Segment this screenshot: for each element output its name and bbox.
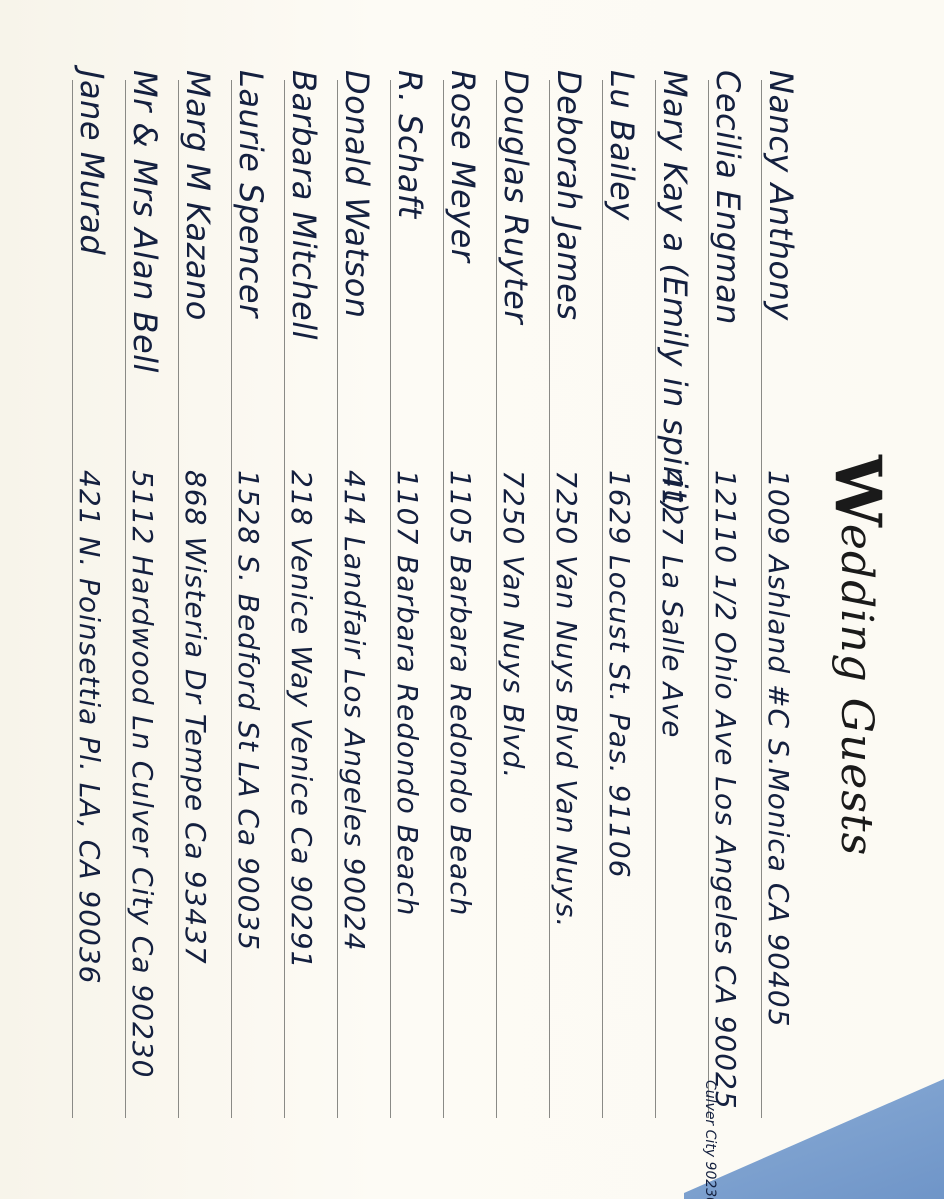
- guest-name: Deborah James: [550, 70, 588, 470]
- title-monogram-initial: W: [820, 455, 895, 528]
- guest-entry: Mr & Mrs Alan Bell 5112 Hardwood Ln Culv…: [126, 70, 174, 1078]
- guest-entry: R. Schaft 1107 Barbara Redondo Beach: [391, 70, 439, 916]
- guest-name: Lu Bailey: [603, 70, 641, 470]
- guest-name: Cecilia Engman: [709, 70, 747, 470]
- guest-address: 5112 Hardwood Ln Culver City Ca 90230: [126, 470, 159, 1078]
- guest-address: 7250 Van Nuys Blvd Van Nuys.: [550, 470, 583, 928]
- guest-entry: Nancy Anthony 1009 Ashland #C S.Monica C…: [762, 70, 810, 1028]
- guest-entry: Mary Kay a (Emily in spirit) 4127 La Sal…: [656, 70, 704, 738]
- guest-name: Mary Kay a (Emily in spirit): [656, 70, 694, 470]
- guest-entry: Laurie Spencer 1528 S. Bedford St LA Ca …: [232, 70, 280, 951]
- guest-entry: Marg M Kazano 868 Wisteria Dr Tempe Ca 9…: [179, 70, 227, 965]
- guest-address: 414 Landfair Los Angeles 90024: [338, 470, 371, 952]
- guest-entry: Cecilia Engman 12110 1/2 Ohio Ave Los An…: [709, 70, 757, 1110]
- guest-address: 1629 Locust St. Pas. 91106: [603, 470, 636, 879]
- guest-address: 7250 Van Nuys Blvd.: [497, 470, 530, 779]
- guest-name: Donald Watson: [338, 70, 376, 470]
- guest-name: Jane Murad: [73, 70, 111, 470]
- guest-name: R. Schaft: [391, 70, 429, 470]
- guest-address-note: Culver City 90230: [702, 1080, 718, 1199]
- guest-name: Marg M Kazano: [179, 70, 217, 470]
- page-title: Wedding Guests: [820, 455, 895, 856]
- guest-address: 1528 S. Bedford St LA Ca 90035: [232, 470, 265, 951]
- guest-entry: Rose Meyer 1105 Barbara Redondo Beach: [444, 70, 492, 916]
- guest-address: 12110 1/2 Ohio Ave Los Angeles CA 90025: [709, 470, 742, 1110]
- guest-name: Rose Meyer: [444, 70, 482, 470]
- guest-address: 218 Venice Way Venice Ca 90291: [285, 470, 318, 969]
- guest-address: 868 Wisteria Dr Tempe Ca 93437: [179, 470, 212, 965]
- guest-name: Douglas Ruyter: [497, 70, 535, 470]
- guest-address: 1107 Barbara Redondo Beach: [391, 470, 424, 916]
- guest-entry: Barbara Mitchell 218 Venice Way Venice C…: [285, 70, 333, 969]
- guest-name: Barbara Mitchell: [285, 70, 323, 470]
- guest-address: 1105 Barbara Redondo Beach: [444, 470, 477, 916]
- guest-book-page: Wedding Guests Nancy Anthony 1009 Ashlan…: [0, 0, 944, 1199]
- guest-entry: Lu Bailey 1629 Locust St. Pas. 91106: [603, 70, 651, 879]
- guest-name: Nancy Anthony: [762, 70, 800, 470]
- guest-name: Laurie Spencer: [232, 70, 270, 470]
- guest-entry: Deborah James 7250 Van Nuys Blvd Van Nuy…: [550, 70, 598, 928]
- guest-address: 1009 Ashland #C S.Monica CA 90405: [762, 470, 795, 1028]
- guest-address: 4127 La Salle Ave: [656, 470, 689, 738]
- guest-name: Mr & Mrs Alan Bell: [126, 70, 164, 470]
- guest-entry: Jane Murad 421 N. Poinsettia Pl. LA, CA …: [73, 70, 121, 984]
- title-text: edding Guests: [831, 524, 882, 856]
- guest-entry: Donald Watson 414 Landfair Los Angeles 9…: [338, 70, 386, 952]
- guest-entry: Douglas Ruyter 7250 Van Nuys Blvd.: [497, 70, 545, 779]
- guest-address: 421 N. Poinsettia Pl. LA, CA 90036: [73, 470, 106, 984]
